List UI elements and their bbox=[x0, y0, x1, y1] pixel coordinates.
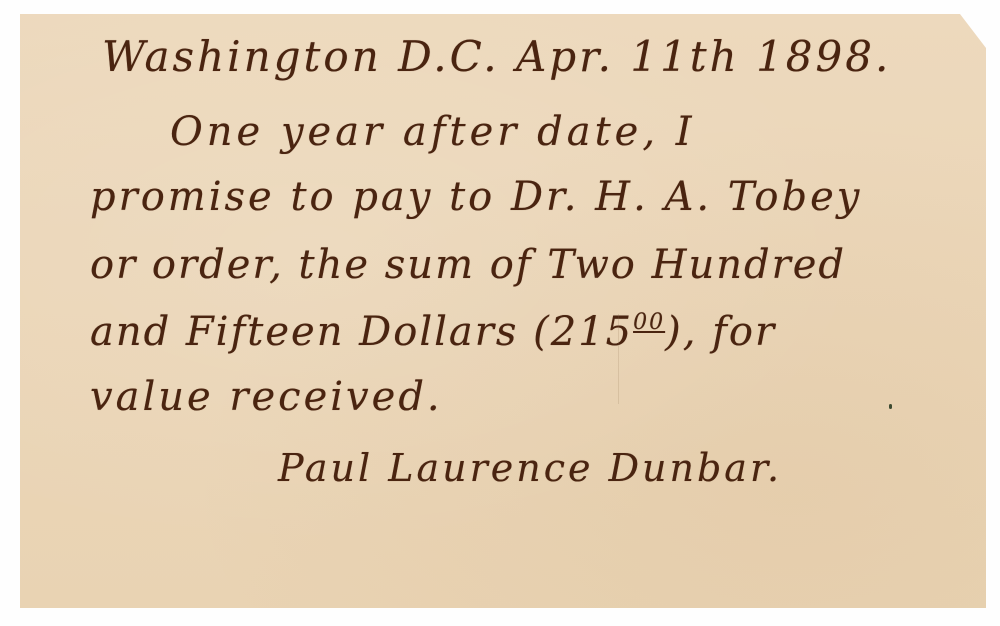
scan-background: Washington D.C. Apr. 11th 1898. One year… bbox=[0, 0, 1000, 626]
amount-line: and Fifteen Dollars (21500), for bbox=[90, 309, 776, 355]
amount-words: and Fifteen Dollars bbox=[90, 309, 518, 355]
ink-spot bbox=[889, 404, 892, 409]
amount-figure-open: (215 bbox=[533, 309, 633, 355]
signature: Paul Laurence Dunbar. bbox=[278, 446, 782, 490]
amount-figure-close: ), for bbox=[665, 309, 776, 355]
amount-cents: 00 bbox=[633, 310, 665, 335]
value-received-line: value received. bbox=[90, 374, 443, 420]
date-line: Washington D.C. Apr. 11th 1898. bbox=[102, 32, 891, 81]
promise-line-2: promise to pay to Dr. H. A. Tobey bbox=[90, 174, 862, 220]
promissory-note-paper: Washington D.C. Apr. 11th 1898. One year… bbox=[20, 14, 986, 608]
promise-line-1: One year after date, I bbox=[170, 109, 696, 155]
promise-line-3: or order, the sum of Two Hundred bbox=[90, 242, 846, 288]
